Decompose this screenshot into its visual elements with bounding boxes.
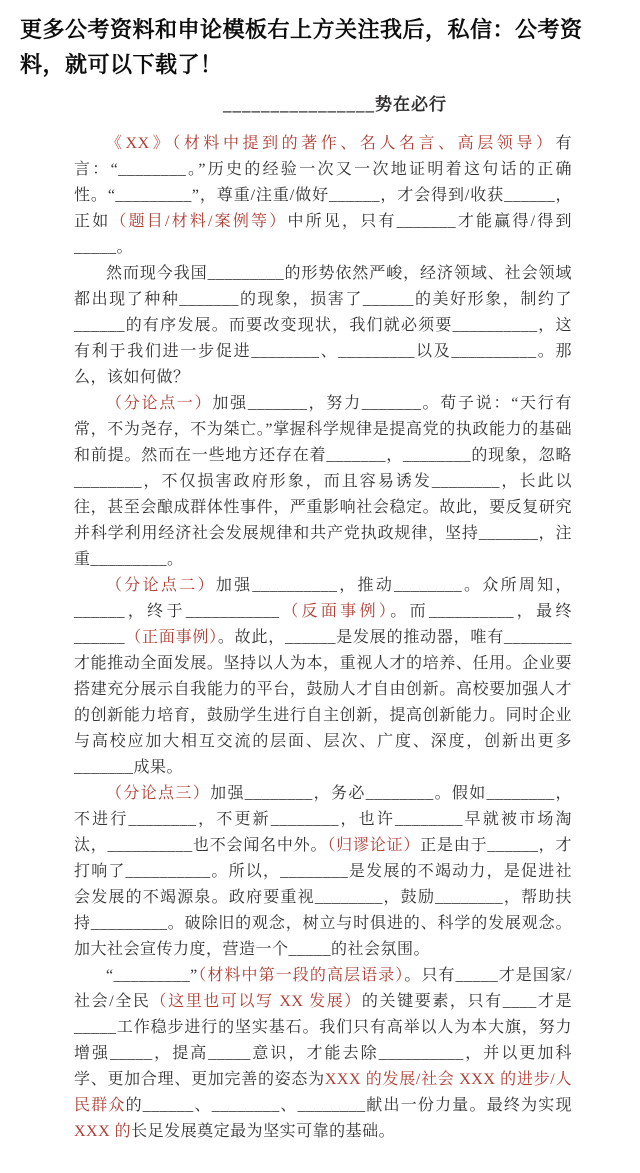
red-annotation: （归谬论证） bbox=[327, 837, 420, 854]
article-page: 更多公考资料和申论模板右上方关注我后，私信：公考资料，就可以下载了！ _____… bbox=[0, 0, 640, 1173]
paragraph: 《XX》（材料中提到的著作、名人名言、高层领导）有言：“________。”历史… bbox=[74, 131, 572, 261]
title-text: 势在必行 bbox=[375, 95, 447, 114]
red-annotation: XXX 的 bbox=[74, 1123, 131, 1140]
promo-banner: 更多公考资料和申论模板右上方关注我后，私信：公考资料，就可以下载了！ bbox=[20, 12, 622, 82]
title-blank-line: ________________ bbox=[223, 95, 375, 114]
text-segment: 正是由于______，才打响了__________。所以，________是发展… bbox=[74, 837, 572, 958]
red-annotation: （分论点二） bbox=[106, 577, 216, 594]
red-annotation: 《XX》（材料中提到的著作、名人名言、高层领导） bbox=[106, 135, 555, 152]
paragraph: 然而现今我国_________的形势依然严峻，经济领域、社会领域都出现了种种__… bbox=[74, 261, 572, 391]
red-annotation: （反面事例） bbox=[279, 603, 390, 620]
red-annotation: （分论点三） bbox=[106, 785, 210, 802]
article-body: 《XX》（材料中提到的著作、名人名言、高层领导）有言：“________。”历史… bbox=[0, 131, 640, 1173]
red-annotation: （正面事例） bbox=[125, 629, 218, 646]
text-segment: 然而现今我国_________的形势依然严峻，经济领域、社会领域都出现了种种__… bbox=[74, 265, 572, 386]
text-segment: 长足发展奠定最为坚实可靠的基础。 bbox=[131, 1123, 395, 1140]
paragraph: （分论点三）加强________，务必________。假如________，不… bbox=[74, 781, 572, 963]
paragraph: （分论点二）加强__________，推动________。众所周知，_____… bbox=[74, 573, 572, 781]
red-annotation: （这里也可以写 XX 发展） bbox=[150, 993, 361, 1010]
paragraph: “_________”（材料中第一段的高层语录）。只有_____才是国家/社会/… bbox=[74, 963, 572, 1145]
red-annotation: （材料中第一段的高层语录） bbox=[198, 967, 405, 984]
red-annotation: （分论点一） bbox=[106, 395, 212, 412]
text-segment: 的______、________、________献出一份力量。最终为实现 bbox=[126, 1097, 572, 1114]
red-annotation: （题目/材料/案例等） bbox=[110, 213, 287, 230]
paragraph: （分论点一）加强_______，努力_______。荀子说：“天行有常，不为尧存… bbox=[74, 391, 572, 573]
text-segment: “_________” bbox=[106, 967, 198, 984]
text-segment: 加强_______，努力_______。荀子说：“天行有常，不为尧存，不为桀亡。… bbox=[74, 395, 572, 568]
document-area: ________________势在必行 《XX》（材料中提到的著作、名人名言、… bbox=[0, 90, 640, 1173]
text-segment: 。故此，______是发展的推动器，唯有________才能推动全面发展。坚持以… bbox=[74, 629, 572, 776]
essay-title: ________________势在必行 bbox=[30, 90, 640, 115]
